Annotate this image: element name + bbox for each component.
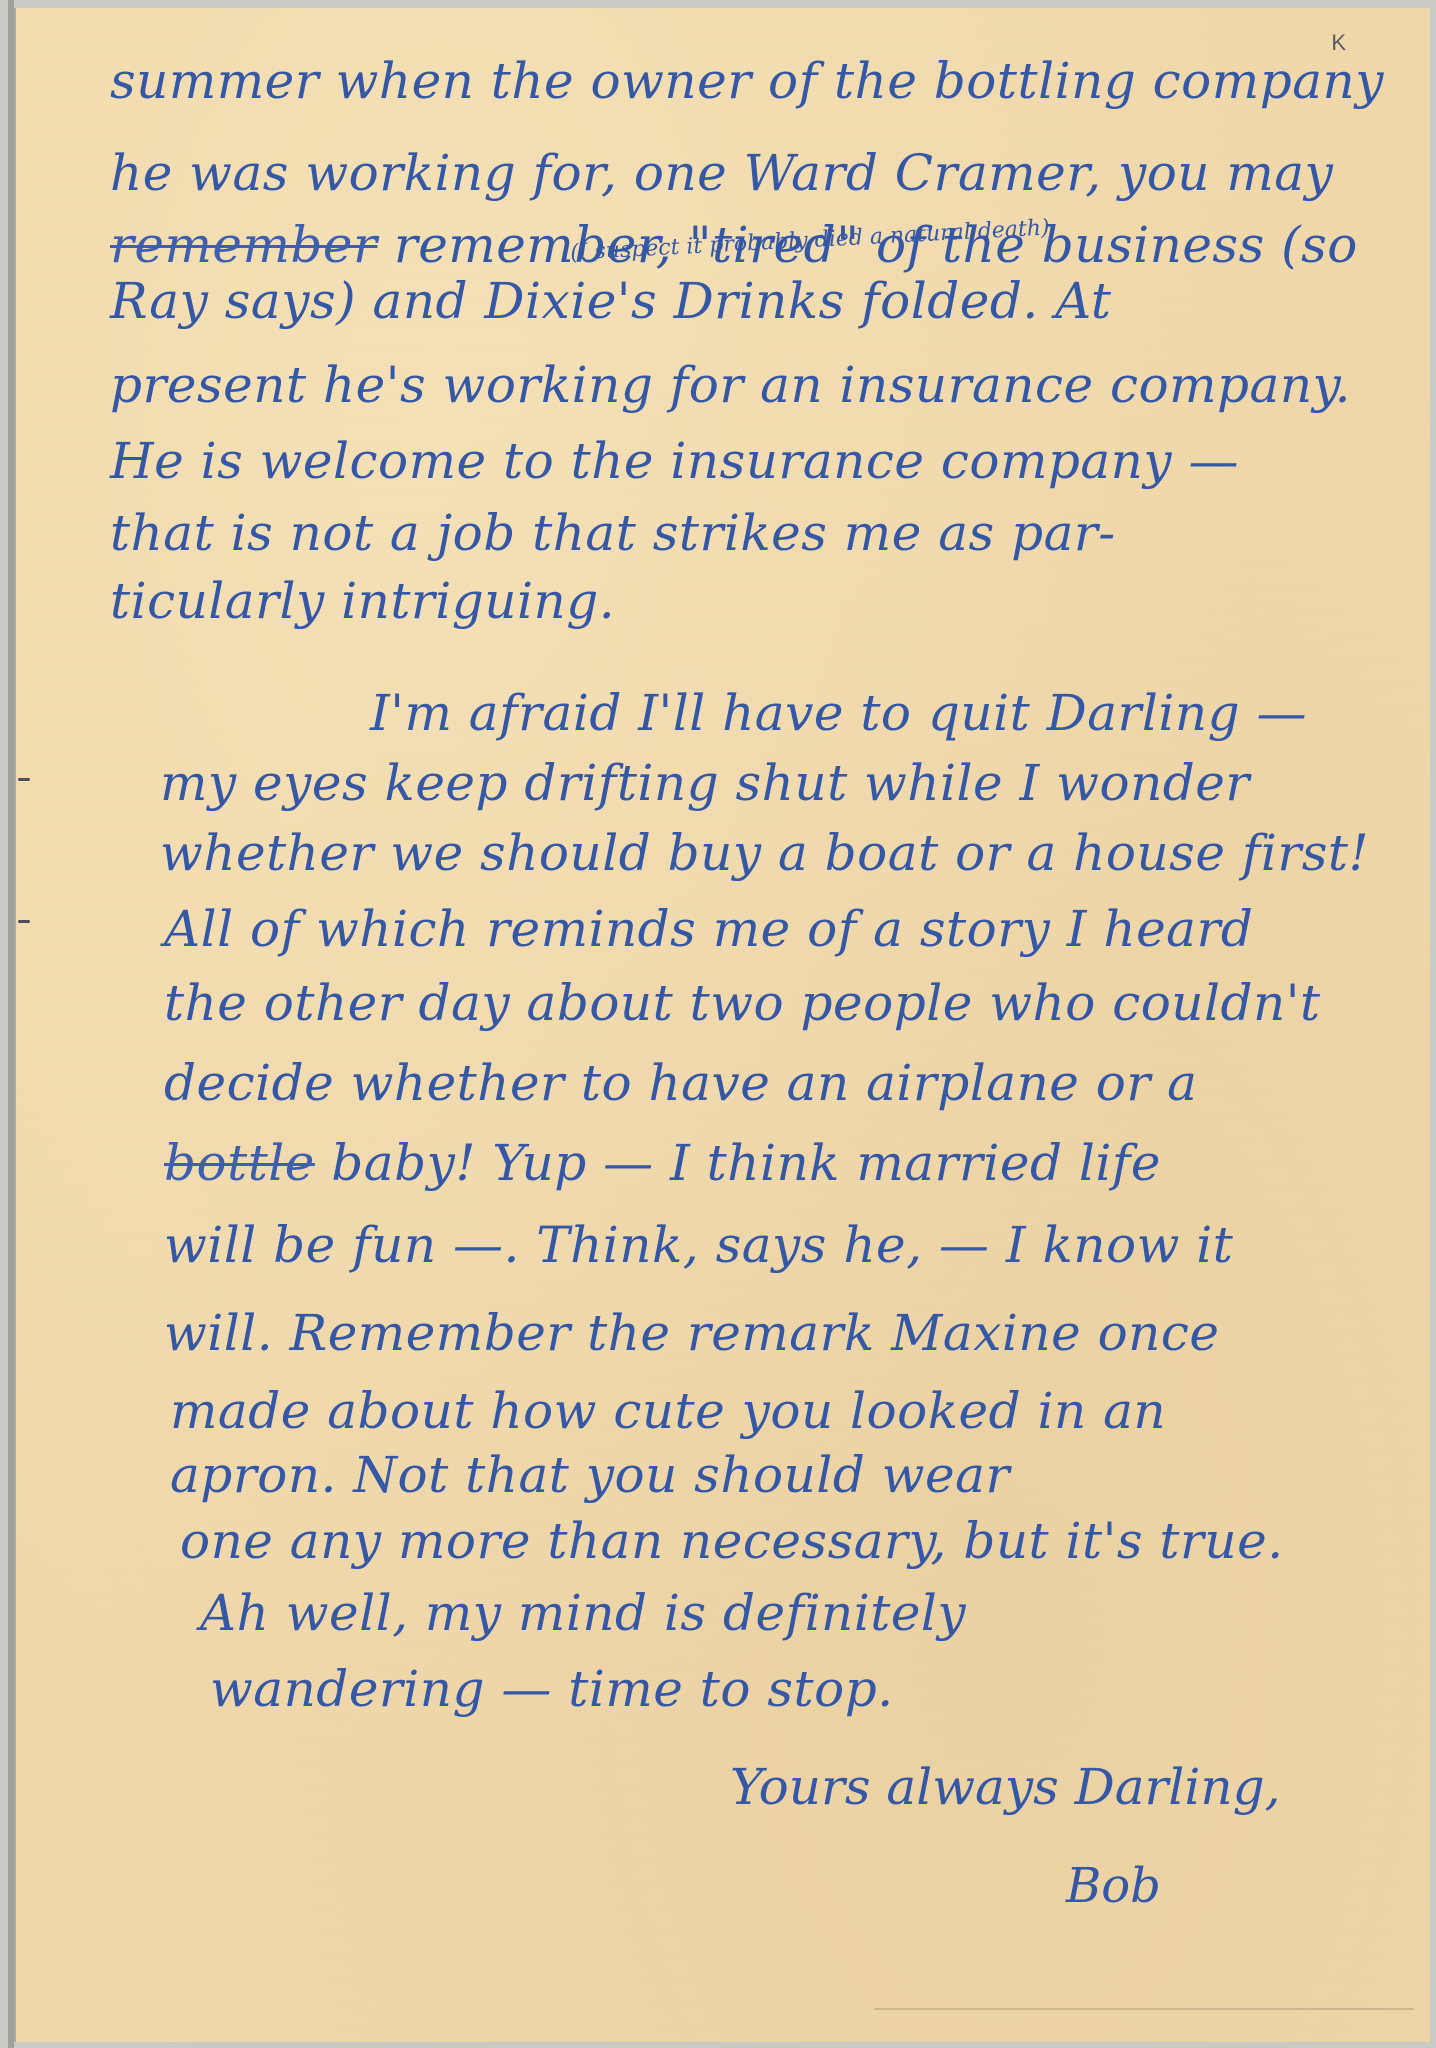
letter-line: decide whether to have an airplane or a: [164, 1058, 1198, 1108]
letter-line: apron. Not that you should wear: [170, 1450, 1010, 1500]
letter-line: Ah well, my mind is definitely: [200, 1588, 966, 1638]
letter-line: my eyes keep drifting shut while I wonde…: [160, 758, 1250, 808]
letter-line: present he's working for an insurance co…: [110, 360, 1351, 410]
letter-line: I'm afraid I'll have to quit Darling —: [370, 688, 1307, 738]
struck-word: bottle: [164, 1134, 315, 1192]
letter-line: bottle baby! Yup — I think married life: [164, 1138, 1161, 1188]
margin-tick-mark: [18, 920, 30, 923]
letter-line: whether we should buy a boat or a house …: [160, 828, 1369, 878]
letter-line: will. Remember the remark Maxine once: [164, 1308, 1219, 1358]
letter-line: Ray says) and Dixie's Drinks folded. At: [110, 276, 1111, 326]
margin-tick-mark: [18, 778, 30, 781]
letter-line-text: baby! Yup — I think married life: [331, 1134, 1161, 1192]
letter-line: summer when the owner of the bottling co…: [110, 56, 1384, 106]
letter-line: He is welcome to the insurance company —: [110, 436, 1239, 486]
letter-page: K summer when the owner of the bottling …: [14, 8, 1430, 2042]
letter-line: he was working for, one Ward Cramer, you…: [110, 148, 1333, 198]
letter-line: will be fun —. Think, says he, — I know …: [164, 1220, 1233, 1270]
struck-word: remember: [110, 216, 377, 274]
paper-crease: [874, 2008, 1414, 2010]
letter-line: made about how cute you looked in an: [170, 1386, 1166, 1436]
letter-line: All of which reminds me of a story I hea…: [164, 904, 1253, 954]
letter-line: the other day about two people who could…: [164, 978, 1321, 1028]
letter-line: ticularly intriguing.: [110, 576, 615, 626]
letter-closing: Yours always Darling,: [730, 1758, 1281, 1816]
letter-line: wandering — time to stop.: [210, 1664, 894, 1714]
letter-line: one any more than necessary, but it's tr…: [180, 1516, 1284, 1566]
signature: Bob: [1066, 1858, 1161, 1914]
letter-line: that is not a job that strikes me as par…: [110, 508, 1116, 558]
